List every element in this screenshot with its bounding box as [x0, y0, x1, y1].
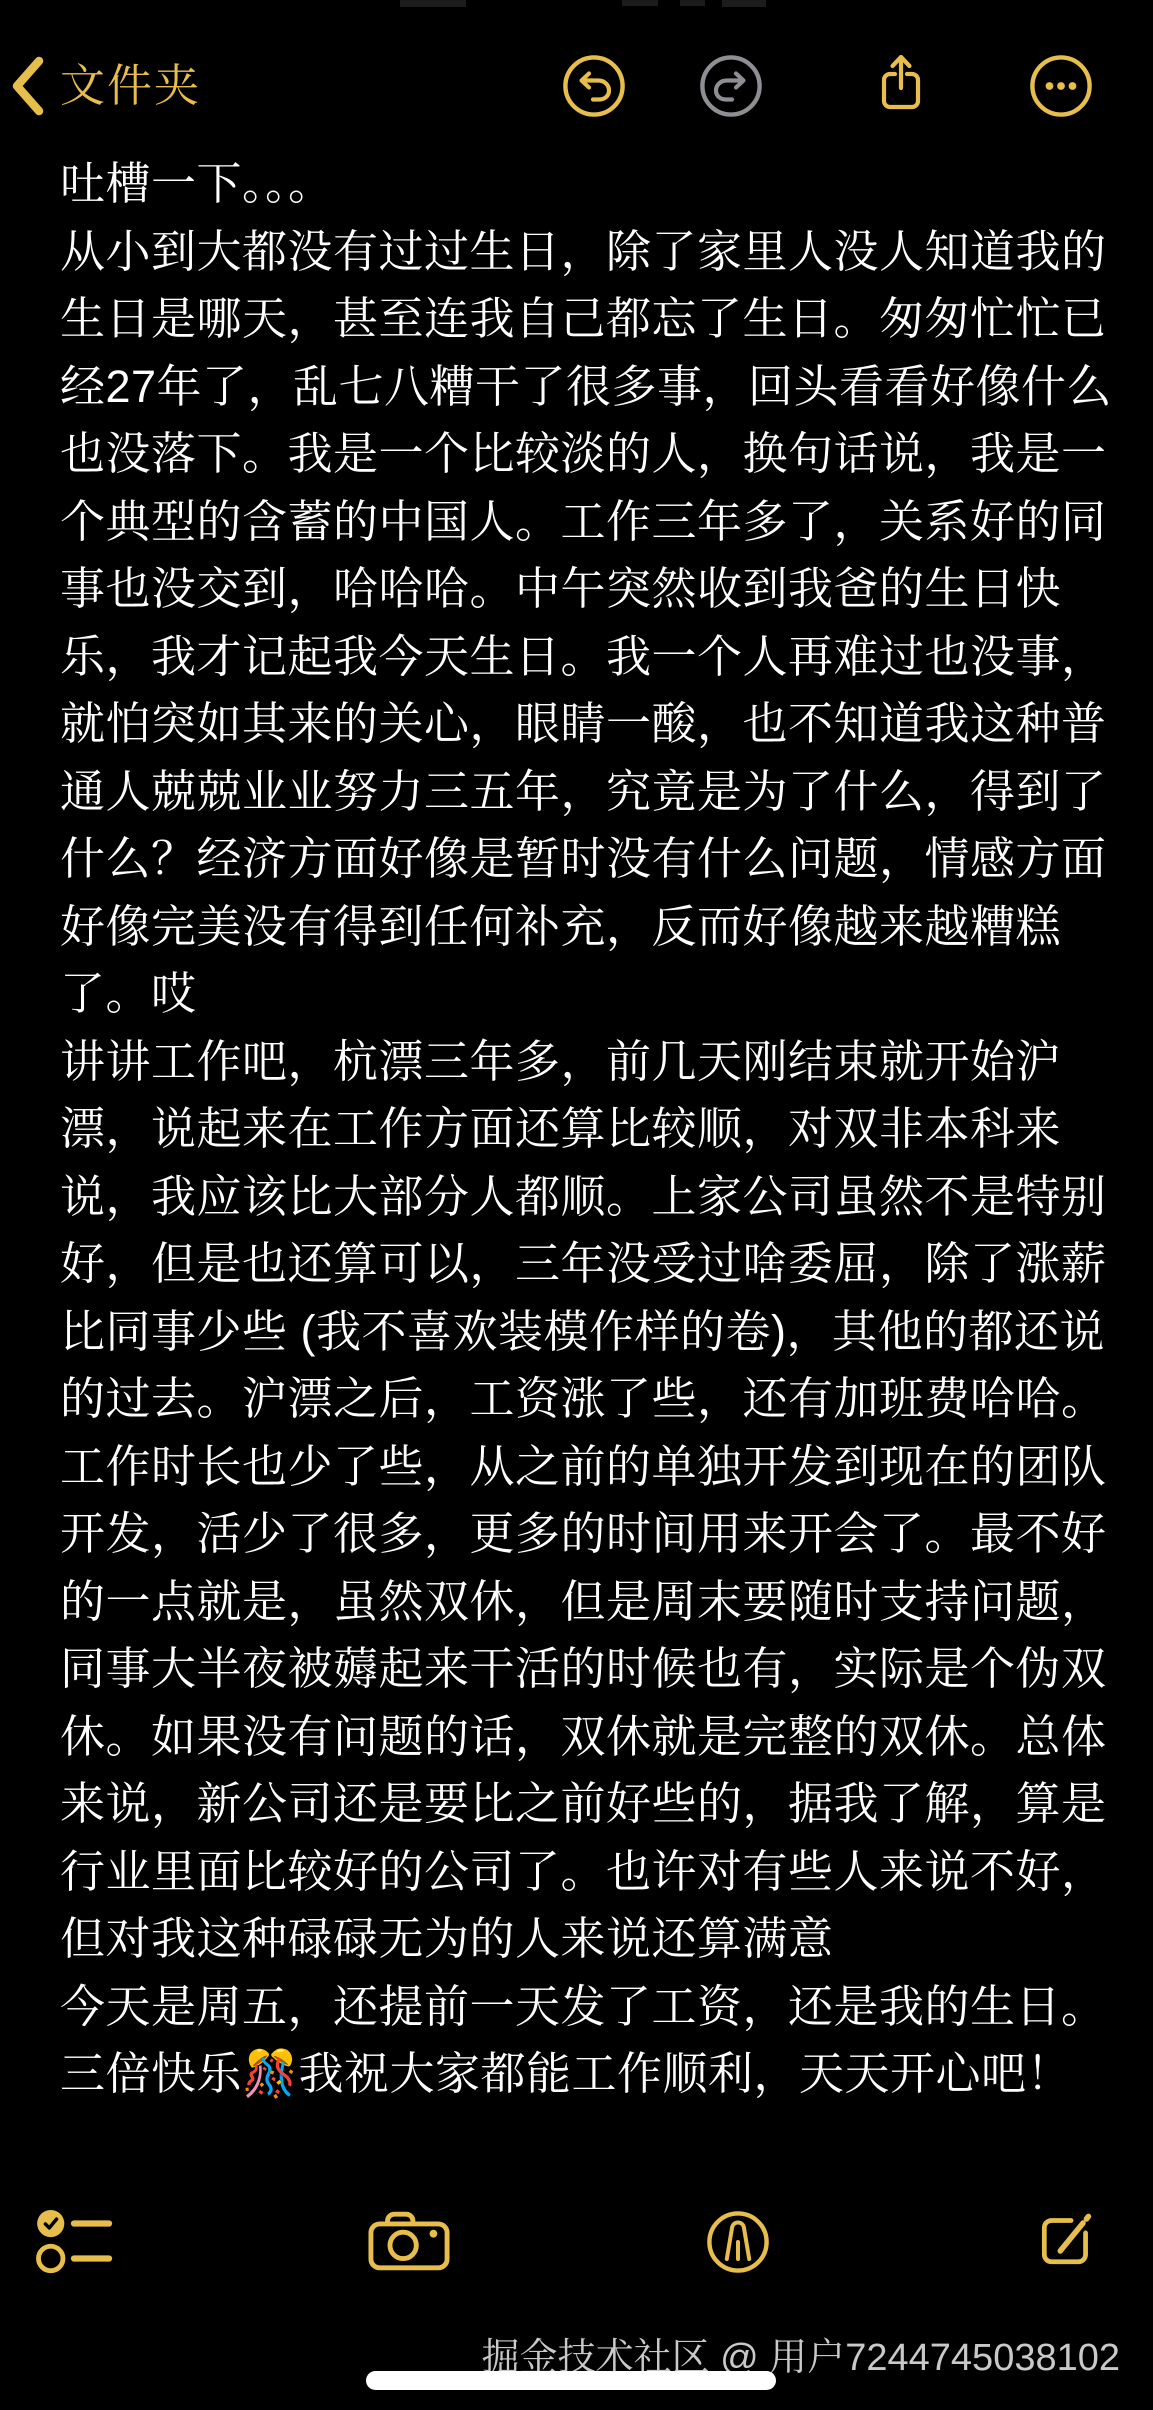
note-line: 休。如果没有问题的话，双休就是完整的双休。总体 — [60, 1703, 1100, 1771]
note-line: 但对我这种碌碌无为的人来说还算满意 — [60, 1905, 1100, 1973]
note-line: 好像完美没有得到任何补充，反而好像越来越糟糕 — [60, 893, 1100, 961]
note-line: 也没落下。我是一个比较淡的人，换句话说，我是一 — [60, 420, 1100, 488]
ellipsis-circle-icon — [1029, 54, 1093, 118]
status-bar-artifact — [622, 0, 658, 6]
back-to-folders-button[interactable]: 文件夹 — [10, 50, 201, 122]
note-line: 生日是哪天，甚至连我自己都忘了生日。匆匆忙忙已 — [60, 285, 1100, 353]
share-icon — [869, 50, 933, 114]
note-line: 个典型的含蓄的中国人。工作三年多了，关系好的同 — [60, 488, 1100, 556]
notes-app-screen: 文件夹 — [0, 0, 1153, 2410]
undo-icon — [562, 54, 626, 118]
compose-note-button[interactable] — [1034, 2204, 1100, 2270]
note-line: 好，但是也还算可以，三年没受过啥委屈，除了涨薪 — [60, 1230, 1100, 1298]
note-line: 什么？经济方面好像是暂时没有什么问题，情感方面 — [60, 825, 1100, 893]
undo-button[interactable] — [562, 54, 626, 118]
chevron-left-icon — [10, 56, 44, 116]
note-line: 的过去。沪漂之后，工资涨了些，还有加班费哈哈。 — [60, 1365, 1100, 1433]
note-line: 讲讲工作吧，杭漂三年多，前几天刚结束就开始沪 — [60, 1028, 1100, 1096]
note-line: 经27年了，乱七八糟干了很多事，回头看看好像什么 — [60, 353, 1100, 421]
note-line: 吐槽一下。。。 — [60, 150, 1100, 218]
note-line: 事也没交到，哈哈哈。中午突然收到我爸的生日快 — [60, 555, 1100, 623]
redo-icon — [699, 54, 763, 118]
note-line: 三倍快乐🎊我祝大家都能工作顺利，天天开心吧！ — [60, 2040, 1100, 2108]
back-button-label: 文件夹 — [60, 62, 201, 110]
note-line: 同事大半夜被薅起来干活的时候也有，实际是个伪双 — [60, 1635, 1100, 1703]
checklist-button[interactable] — [36, 2208, 114, 2274]
note-line: 就怕突如其来的关心，眼睛一酸，也不知道我这种普 — [60, 690, 1100, 758]
redo-button[interactable] — [699, 54, 763, 118]
note-line: 开发，活少了很多，更多的时间用来开会了。最不好 — [60, 1500, 1100, 1568]
note-line: 今天是周五，还提前一天发了工资，还是我的生日。 — [60, 1973, 1100, 2041]
note-line: 从小到大都没有过过生日，除了家里人没人知道我的 — [60, 218, 1100, 286]
note-line: 比同事少些 (我不喜欢装模作样的卷)，其他的都还说 — [60, 1298, 1100, 1366]
note-line: 来说，新公司还是要比之前好些的，据我了解，算是 — [60, 1770, 1100, 1838]
note-line: 工作时长也少了些，从之前的单独开发到现在的团队 — [60, 1433, 1100, 1501]
status-bar-artifact — [680, 0, 705, 6]
checklist-icon — [36, 2208, 114, 2274]
note-line: 的一点就是，虽然双休，但是周末要随时支持问题， — [60, 1568, 1100, 1636]
camera-button[interactable] — [368, 2211, 450, 2272]
note-line: 行业里面比较好的公司了。也许对有些人来说不好， — [60, 1838, 1100, 1906]
markup-button[interactable] — [706, 2210, 770, 2274]
more-options-button[interactable] — [1029, 54, 1093, 118]
note-editor[interactable]: 吐槽一下。。。 从小到大都没有过过生日，除了家里人没人知道我的 生日是哪天，甚至… — [60, 150, 1100, 2108]
note-line: 通人兢兢业业努力三五年，究竟是为了什么，得到了 — [60, 758, 1100, 826]
note-line: 说，我应该比大部分人都顺。上家公司虽然不是特别 — [60, 1163, 1100, 1231]
note-line: 乐，我才记起我今天生日。我一个人再难过也没事， — [60, 623, 1100, 691]
note-line: 漂，说起来在工作方面还算比较顺，对双非本科来 — [60, 1095, 1100, 1163]
status-bar-artifact — [400, 0, 466, 7]
home-indicator[interactable] — [366, 2371, 776, 2390]
markup-pen-icon — [706, 2210, 770, 2274]
compose-square-pencil-icon — [1034, 2204, 1100, 2270]
note-line: 了。哎 — [60, 960, 1100, 1028]
camera-icon — [368, 2211, 450, 2272]
status-bar-artifact — [722, 0, 766, 7]
share-button[interactable] — [869, 50, 933, 114]
